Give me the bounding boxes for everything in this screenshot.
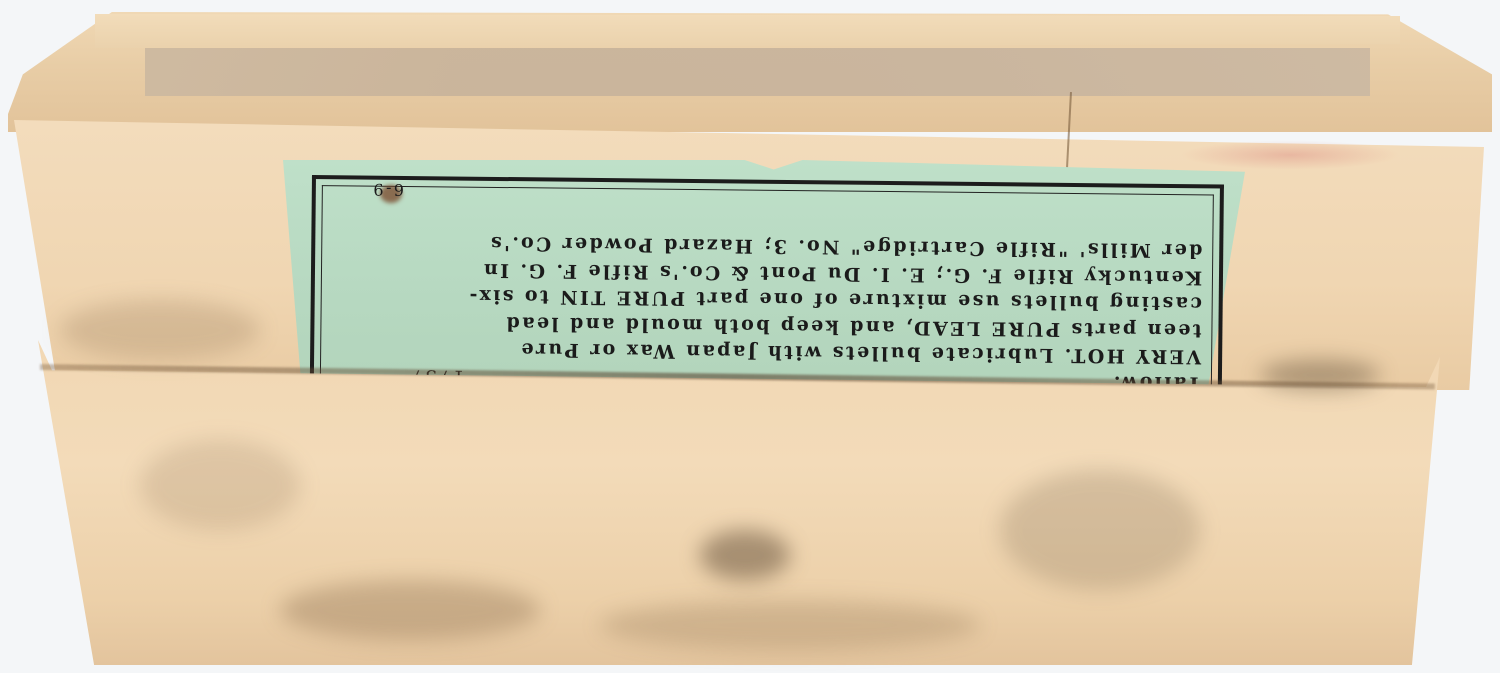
pink-stain xyxy=(1180,140,1400,170)
box-top-strip xyxy=(145,48,1370,96)
dirt-stain xyxy=(140,440,300,530)
dirt-stain xyxy=(280,580,540,640)
dirt-stain xyxy=(1260,360,1380,390)
label-text-upside-down: Tallow. 1737 VERY HOT. Lubricate bullets… xyxy=(329,177,1203,402)
cartridge-box-photo: Tallow. 1737 VERY HOT. Lubricate bullets… xyxy=(0,0,1500,673)
dirt-stain xyxy=(60,300,260,360)
dirt-stain xyxy=(700,530,790,580)
dirt-stain xyxy=(1000,470,1200,590)
corner-mark: 6-9 xyxy=(371,177,404,202)
dirt-stain xyxy=(600,600,980,650)
